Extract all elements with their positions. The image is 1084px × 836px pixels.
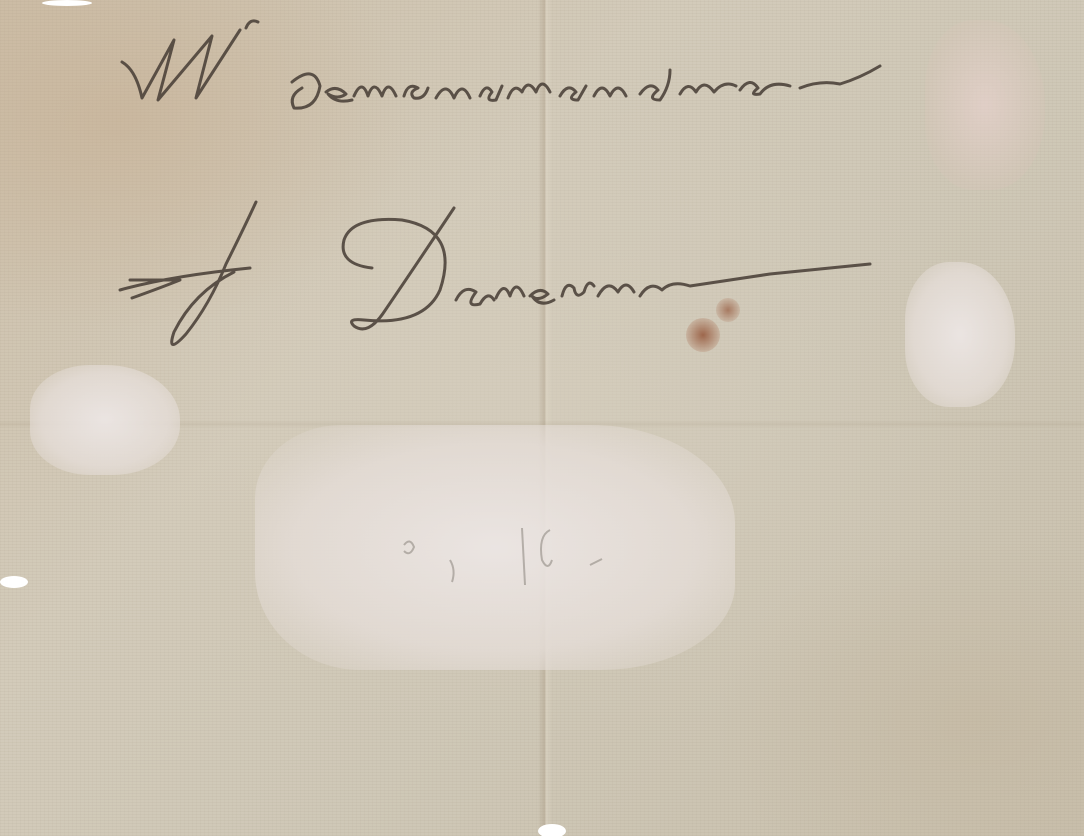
handwriting	[0, 0, 1084, 836]
document-page: Mr Desmarmand à Dameux illegible faint m…	[0, 0, 1084, 836]
